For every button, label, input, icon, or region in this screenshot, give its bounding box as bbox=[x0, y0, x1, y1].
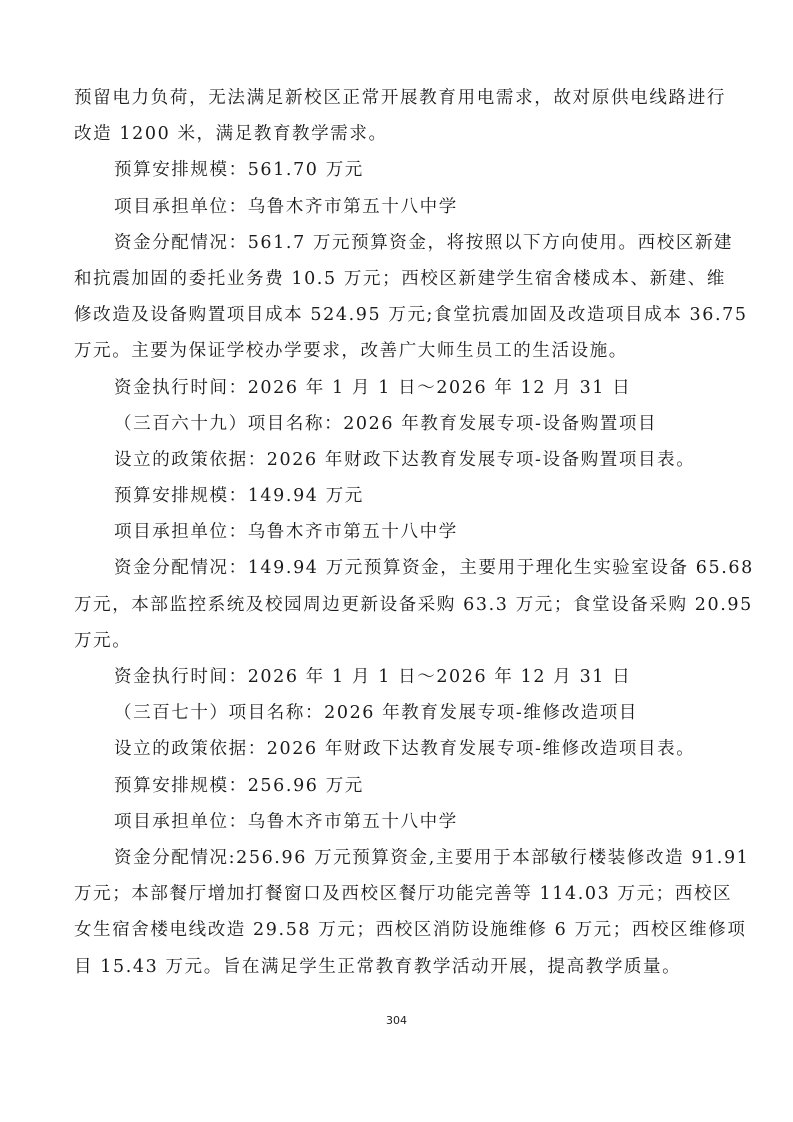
paragraph-line: 和抗震加固的委托业务费 10.5 万元；西校区新建学生宿舍楼成本、新建、维 bbox=[74, 261, 726, 297]
paragraph-line: 万元，本部监控系统及校园周边更新设备采购 63.3 万元；食堂设备采购 20.9… bbox=[74, 587, 726, 623]
project-title-370: （三百七十）项目名称：2026 年教育发展专项-维修改造项目 bbox=[74, 695, 726, 731]
responsible-unit-line: 项目承担单位：乌鲁木齐市第五十八中学 bbox=[74, 514, 726, 550]
project-title-369: （三百六十九）项目名称：2026 年教育发展专项-设备购置项目 bbox=[74, 406, 726, 442]
responsible-unit-line: 项目承担单位：乌鲁木齐市第五十八中学 bbox=[74, 189, 726, 225]
paragraph-line: 万元；本部餐厅增加打餐窗口及西校区餐厅功能完善等 114.03 万元；西校区 bbox=[74, 876, 726, 912]
fund-allocation-line: 资金分配情况:256.96 万元预算资金,主要用于本部敏行楼装修改造 91.91 bbox=[74, 840, 726, 876]
budget-scale-line: 预算安排规模：561.70 万元 bbox=[74, 152, 726, 188]
paragraph-line: 目 15.43 万元。旨在满足学生正常教育教学活动开展，提高教学质量。 bbox=[74, 949, 726, 985]
execution-time-line: 资金执行时间：2026 年 1 月 1 日～2026 年 12 月 31 日 bbox=[74, 659, 726, 695]
fund-allocation-line: 资金分配情况：149.94 万元预算资金，主要用于理化生实验室设备 65.68 bbox=[74, 550, 726, 586]
responsible-unit-line: 项目承担单位：乌鲁木齐市第五十八中学 bbox=[74, 804, 726, 840]
paragraph-line: 女生宿舍楼电线改造 29.58 万元；西校区消防设施维修 6 万元；西校区维修项 bbox=[74, 912, 726, 948]
document-body: 预留电力负荷，无法满足新校区正常开展教育用电需求，故对原供电线路进行 改造 12… bbox=[74, 80, 726, 985]
budget-scale-line: 预算安排规模：149.94 万元 bbox=[74, 478, 726, 514]
paragraph-line: 万元。主要为保证学校办学要求，改善广大师生员工的生活设施。 bbox=[74, 333, 726, 369]
policy-basis-line: 设立的政策依据：2026 年财政下达教育发展专项-设备购置项目表。 bbox=[74, 442, 726, 478]
paragraph-line: 改造 1200 米，满足教育教学需求。 bbox=[74, 116, 726, 152]
paragraph-line: 预留电力负荷，无法满足新校区正常开展教育用电需求，故对原供电线路进行 bbox=[74, 80, 726, 116]
policy-basis-line: 设立的政策依据：2026 年财政下达教育发展专项-维修改造项目表。 bbox=[74, 731, 726, 767]
execution-time-line: 资金执行时间：2026 年 1 月 1 日～2026 年 12 月 31 日 bbox=[74, 370, 726, 406]
budget-scale-line: 预算安排规模：256.96 万元 bbox=[74, 768, 726, 804]
paragraph-line: 万元。 bbox=[74, 623, 726, 659]
paragraph-line: 修改造及设备购置项目成本 524.95 万元;食堂抗震加固及改造项目成本 36.… bbox=[74, 297, 726, 333]
page-number: 304 bbox=[0, 1014, 793, 1027]
fund-allocation-line: 资金分配情况：561.7 万元预算资金，将按照以下方向使用。西校区新建 bbox=[74, 225, 726, 261]
